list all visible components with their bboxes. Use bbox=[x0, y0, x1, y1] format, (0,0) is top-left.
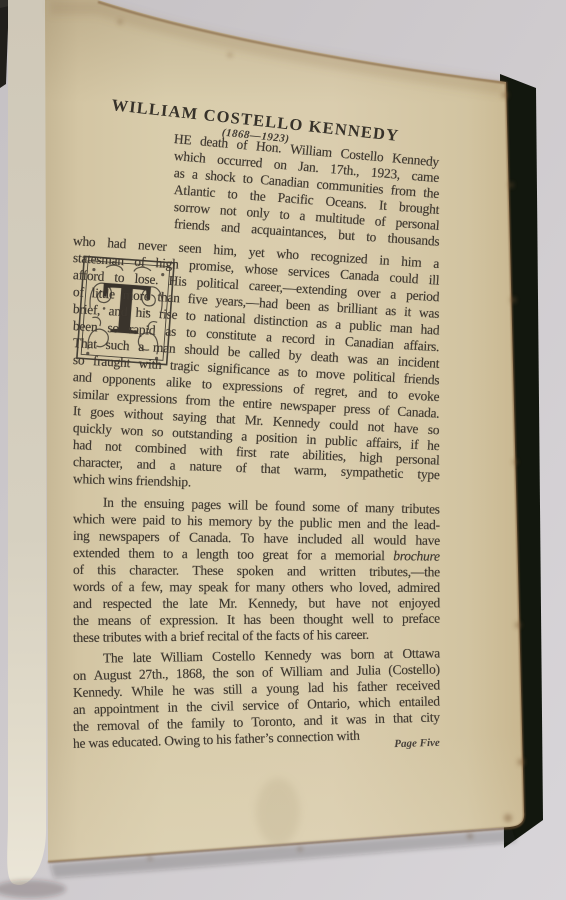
text-line: thesetributeswithabriefrecitalofthefacts… bbox=[73, 625, 440, 646]
book-photo: WILLIAM COSTELLO KENNEDY (1868—1923) bbox=[0, 0, 566, 900]
paper-stain bbox=[256, 778, 300, 846]
paragraph-1-wrapped-lines: HEdeathofHon.WilliamCostelloKennedywhich… bbox=[73, 130, 440, 232]
left-page-stack bbox=[7, 0, 46, 885]
paragraph-1: T HEdeathofHon.WilliamCostelloKennedywhi… bbox=[73, 130, 440, 487]
paragraph-2: Intheensuingpageswillbefoundsomeofmanytr… bbox=[73, 493, 440, 646]
text-line: wordsofafew,mayspeakformanyotherswholove… bbox=[73, 578, 440, 596]
page-text: WILLIAM COSTELLO KENNEDY (1868—1923) bbox=[73, 0, 440, 762]
paragraph-1-lines: whohadneverseenhim,yetwhorecognizedinhim… bbox=[73, 232, 440, 487]
